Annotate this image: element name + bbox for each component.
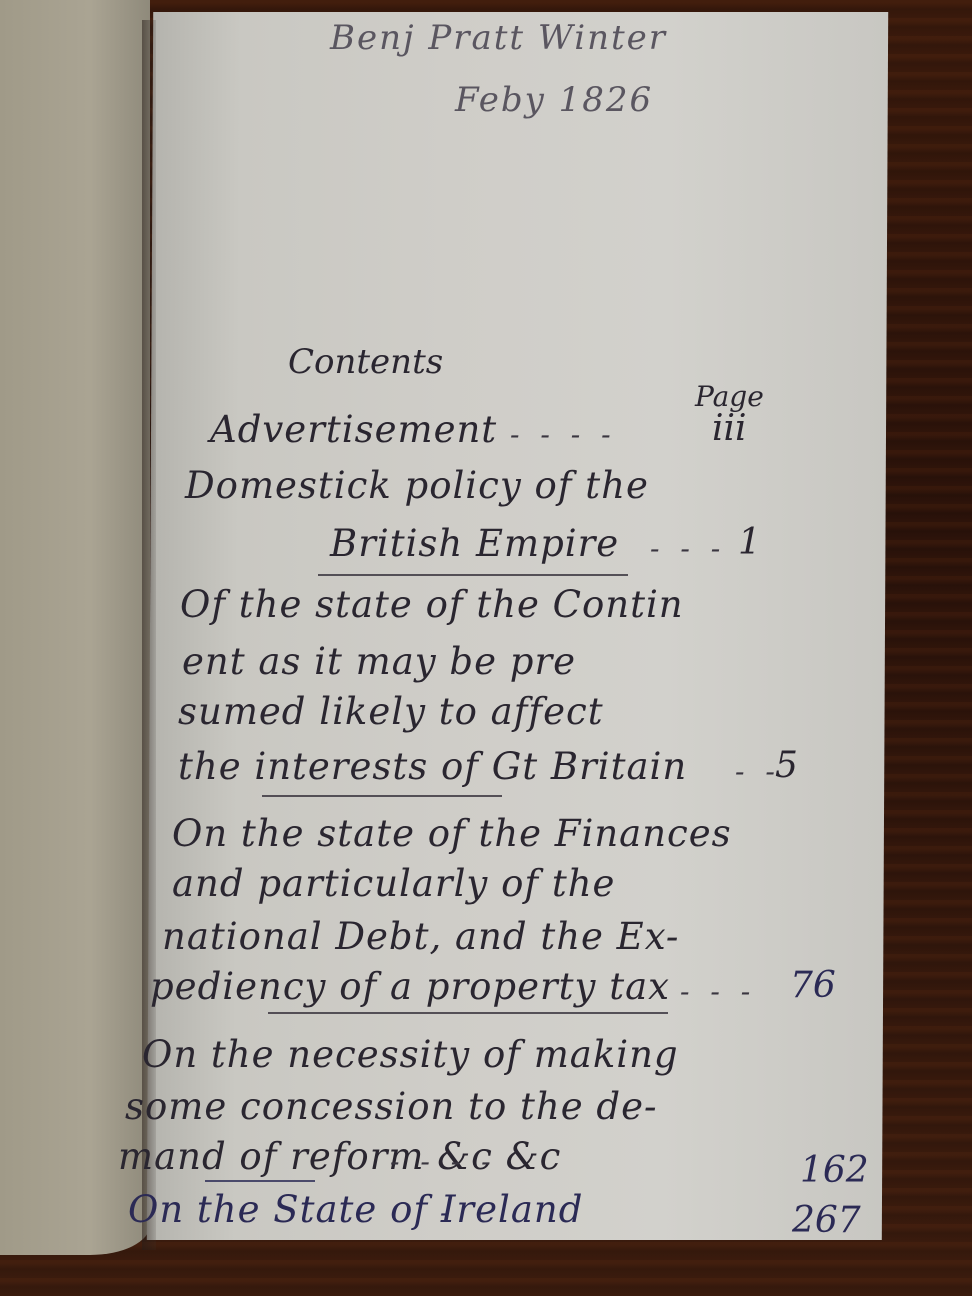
- toc-page-number: 76: [790, 965, 836, 1006]
- toc-entry-continent-line: ent as it may be pre: [182, 640, 576, 683]
- toc-leader: - - - -: [510, 418, 617, 451]
- toc-page-number: 162: [800, 1150, 869, 1191]
- owner-name-inscription: Benj Pratt Winter: [330, 18, 667, 58]
- contents-heading: Contents: [288, 342, 443, 382]
- inscription-date: Feby 1826: [455, 80, 653, 120]
- toc-entry-finances-line: On the state of the Finances: [172, 812, 732, 855]
- toc-entry-continent-line: Of the state of the Contin: [180, 583, 684, 626]
- toc-leader: - -: [735, 755, 781, 788]
- toc-entry-finances-line: pediency of a property tax: [150, 965, 670, 1008]
- toc-entry-finances-line: and particularly of the: [172, 862, 615, 905]
- entry-separator-line: [262, 795, 502, 797]
- toc-page-number: 267: [792, 1200, 861, 1241]
- entry-separator-line: [205, 1180, 315, 1182]
- toc-entry-reform-line: some concession to the de-: [125, 1085, 657, 1128]
- toc-entry-continent-line: the interests of Gt Britain: [178, 745, 687, 788]
- toc-leader: - - -: [680, 975, 756, 1008]
- toc-entry-reform-line: On the necessity of making: [142, 1033, 679, 1076]
- toc-entry-continent-line: sumed likely to affect: [178, 690, 604, 733]
- toc-entry-domestic-policy-line: British Empire: [330, 522, 619, 565]
- toc-entry-advertisement: Advertisement: [210, 408, 497, 451]
- toc-page-number: 1: [738, 522, 761, 563]
- toc-leader: - - -: [650, 532, 726, 565]
- toc-leader: -: [440, 1196, 455, 1229]
- toc-entry-ireland: On the State of Ireland: [128, 1188, 583, 1231]
- toc-page-number: iii: [712, 408, 747, 449]
- toc-leader: - - - -: [390, 1145, 497, 1178]
- left-blank-page: [0, 0, 150, 1255]
- toc-entry-finances-line: national Debt, and the Ex-: [162, 915, 679, 958]
- toc-page-number: 5: [775, 745, 798, 786]
- toc-entry-domestic-policy-line: Domestick policy of the: [185, 464, 649, 507]
- entry-separator-line: [318, 574, 628, 576]
- entry-separator-line: [268, 1012, 668, 1014]
